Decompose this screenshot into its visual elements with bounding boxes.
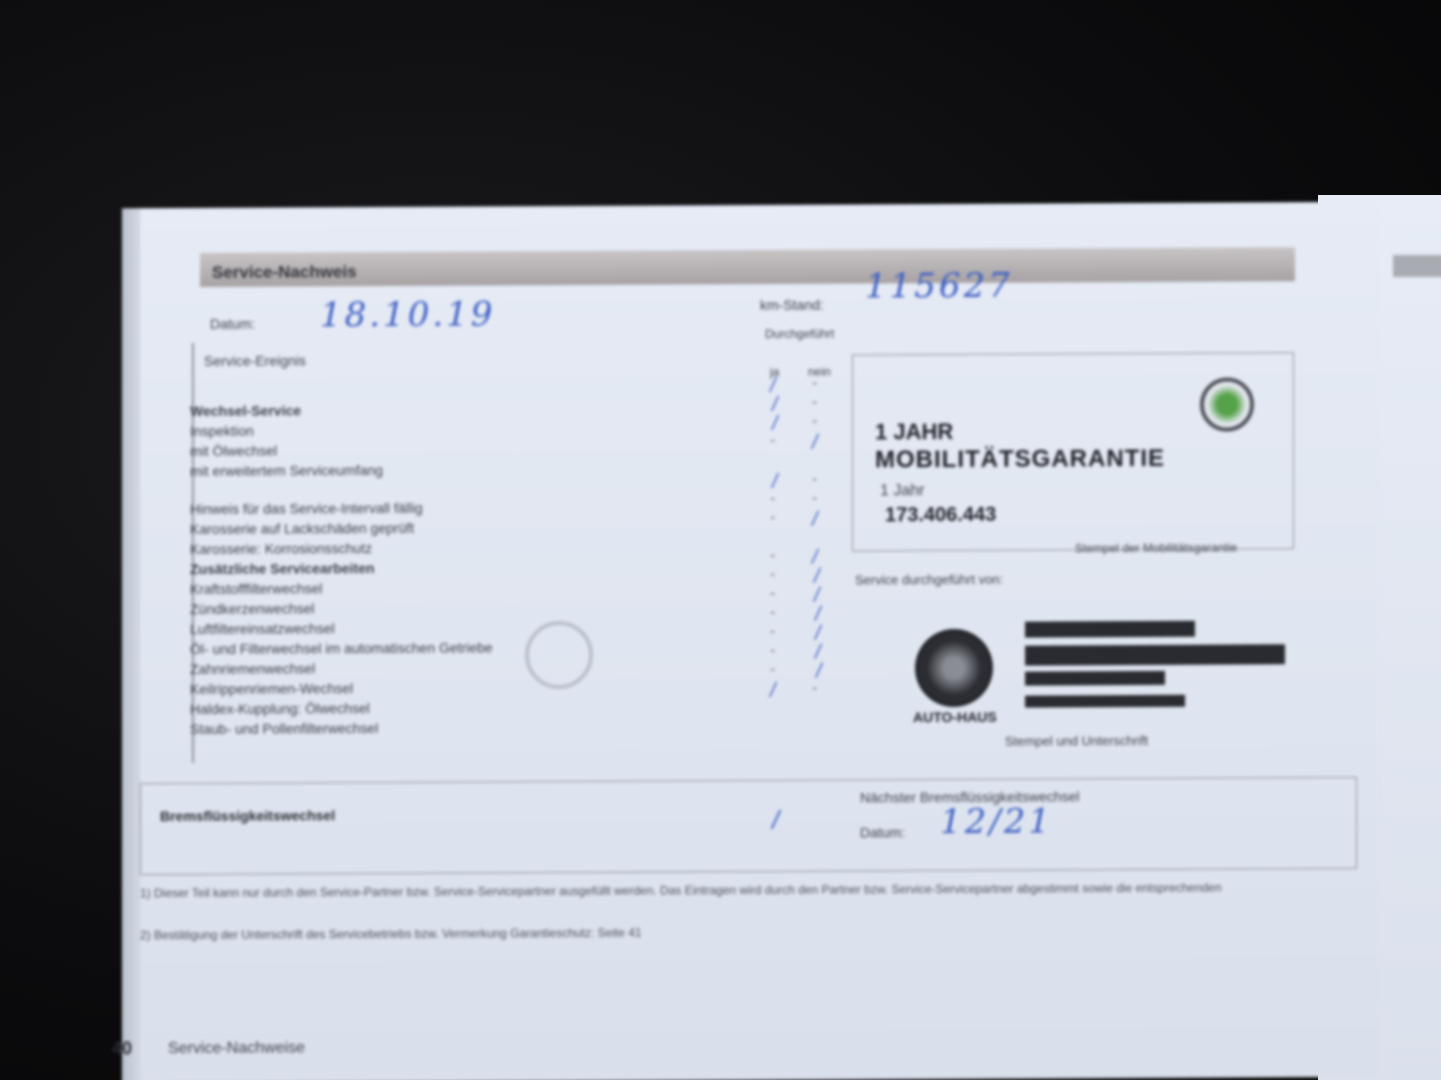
service-item: Karosserie: Korrosionsschutz <box>190 539 493 561</box>
warranty-title: MOBILITÄTSGARANTIE <box>875 445 1165 475</box>
dealer-stamp-text <box>1025 644 1285 665</box>
dealer-stamp: AUTO-HAUS Stempel und Unterschrift <box>855 602 1325 764</box>
watermark-logo-icon <box>525 621 593 689</box>
service-item: mit erweitertem Serviceumfang <box>190 461 493 483</box>
service-items-list: Wechsel-Service Inspektion mit Ölwechsel… <box>190 401 493 741</box>
mileage-label: km-Stand: <box>760 297 824 313</box>
dealer-brand: AUTO-HAUS <box>913 709 997 725</box>
check-column: /- /- /- -/ /- -- -/ -/ -/ -/ -/ -/ -/ -… <box>770 375 830 699</box>
warranty-years: 1 JAHR <box>875 419 953 445</box>
warranty-caption: Stempel der Mobilitätsgarantie <box>1075 541 1237 556</box>
service-item: Staub- und Pollenfilterwechsel <box>190 719 493 741</box>
service-item: Zahnriemenwechsel <box>190 659 493 681</box>
service-item: Hinweis für das Service-Intervall fällig <box>190 499 493 521</box>
warranty-term: 1 Jahr <box>880 482 924 500</box>
service-item: Luftfiltereinsatzwechsel <box>190 619 493 641</box>
mileage-handwritten: 115627 <box>865 266 1013 307</box>
service-event-label: Service-Ereignis <box>204 352 306 369</box>
warranty-stamp: 1 JAHR MOBILITÄTSGARANTIE 1 Jahr 173.406… <box>855 362 1285 544</box>
service-item: Wechsel-Service <box>190 401 493 423</box>
dealer-caption: Stempel und Unterschrift <box>1005 733 1148 749</box>
booklet-page: Service-Nachweis Datum: 18.10.19 km-Stan… <box>140 202 1380 1080</box>
footnote-2: 2) Bestätigung der Unterschrift des Serv… <box>140 926 642 943</box>
date-handwritten: 18.10.19 <box>320 294 495 335</box>
brake-fluid-box <box>140 777 1357 875</box>
performed-header: Durchgeführt <box>765 327 834 341</box>
service-item: Haldex-Kupplung: Ölwechsel <box>190 699 493 721</box>
service-item: Inspektion <box>190 421 493 443</box>
service-item: Zusätzliche Servicearbeiten <box>190 559 493 581</box>
dealer-stamp-text <box>1025 671 1165 686</box>
service-item: Keilrippenriemen-Wechsel <box>190 679 493 701</box>
next-date-handwritten: 12/21 <box>940 801 1053 842</box>
date-label: Datum: <box>210 316 255 332</box>
page-number: 40 <box>112 1038 132 1059</box>
dealer-stamp-text <box>1025 621 1195 638</box>
right-page-header-bar <box>1393 255 1441 277</box>
dealer-stamp-text <box>1025 695 1185 708</box>
brake-fluid-check: / <box>772 805 779 836</box>
footnote-1: 1) Dieser Teil kann nur durch den Servic… <box>140 881 1222 901</box>
brand-logo-icon <box>1200 377 1254 431</box>
service-item: Öl- und Filterwechsel im automatischen G… <box>190 639 493 661</box>
brake-fluid-label: Bremsflüssigkeitswechsel <box>160 807 335 824</box>
service-item: Zündkerzenwechsel <box>190 599 493 621</box>
dealer-logo-icon <box>915 629 993 707</box>
service-item: Kraftstofffilterwechsel <box>190 579 493 601</box>
header-bar <box>200 247 1295 287</box>
service-item: Karosserie auf Lackschäden geprüft <box>190 519 493 541</box>
service-by-label: Service durchgeführt von: <box>855 572 1003 588</box>
warranty-phone: 173.406.443 <box>885 504 996 528</box>
service-item: mit Ölwechsel <box>190 441 493 463</box>
page-title: Service-Nachweis <box>212 262 357 283</box>
next-date-label: Datum: <box>860 824 905 840</box>
running-footer: Service-Nachweise <box>168 1039 305 1058</box>
